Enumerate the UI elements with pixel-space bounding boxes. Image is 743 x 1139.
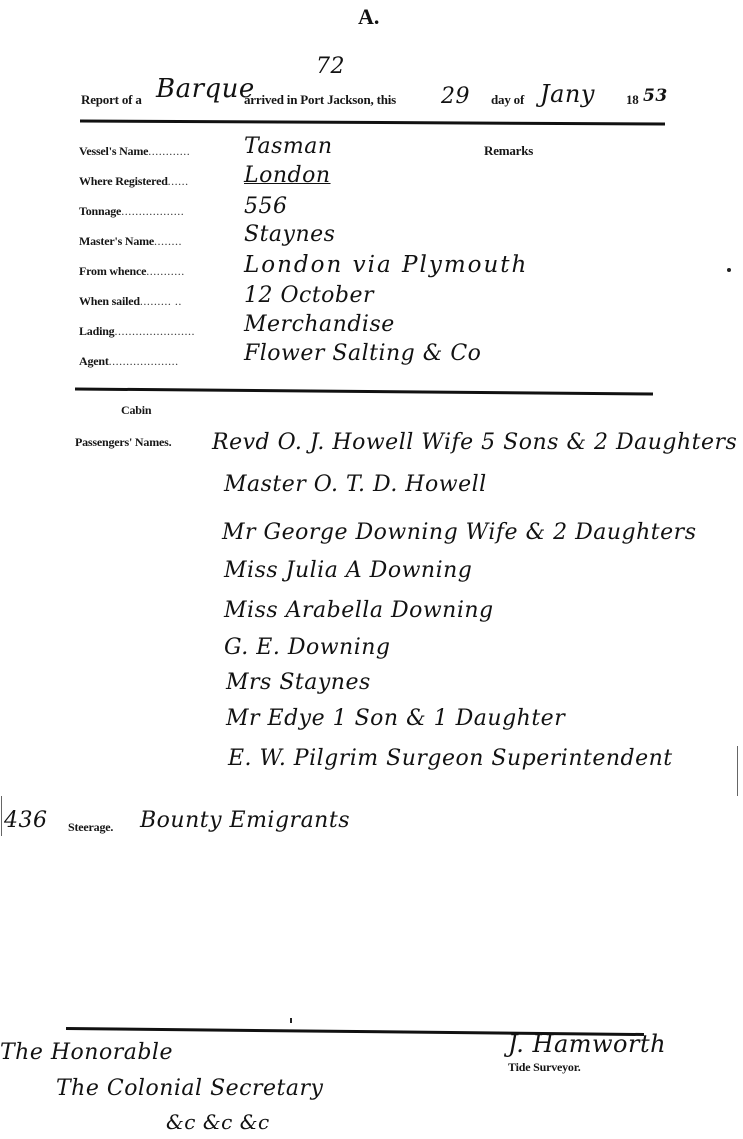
arrival-day: 29 bbox=[441, 84, 470, 109]
signature-title: Tide Surveyor. bbox=[508, 1060, 581, 1075]
arrival-month: Jany bbox=[540, 80, 595, 108]
cabin-passenger-8: Mr Edye 1 Son & 1 Daughter bbox=[226, 706, 565, 731]
field-label-masters-name: Master's Name........ bbox=[79, 234, 182, 249]
field-label-from-whence: From whence........... bbox=[79, 264, 185, 279]
report-prefix: Report of a bbox=[81, 92, 142, 107]
field-label-where-registered: Where Registered...... bbox=[79, 174, 189, 189]
cabin-passenger-7: Mrs Staynes bbox=[226, 670, 371, 695]
field-label-tonnage: Tonnage.................. bbox=[79, 204, 184, 219]
cabin-passenger-5: Miss Arabella Downing bbox=[224, 598, 494, 623]
report-middle: arrived in Port Jackson, this bbox=[244, 92, 396, 108]
cabin-passenger-2: Master O. T. D. Howell bbox=[224, 472, 487, 497]
field-label-agent: Agent.................... bbox=[79, 354, 179, 369]
field-label-vessel-name: Vessel's Name............ bbox=[79, 144, 190, 159]
field-value-vessel-name: Tasman bbox=[244, 134, 333, 159]
cabin-passenger-6: G. E. Downing bbox=[224, 635, 391, 660]
header-divider bbox=[80, 119, 665, 125]
addressee-line-2: The Colonial Secretary bbox=[56, 1076, 323, 1101]
margin-line bbox=[737, 746, 738, 796]
fields-divider bbox=[75, 387, 653, 395]
field-value-from-whence: London via Plymouth bbox=[244, 252, 528, 278]
ink-speck bbox=[727, 268, 731, 272]
cabin-passenger-9: E. W. Pilgrim Surgeon Superintendent bbox=[228, 746, 673, 771]
addressee-line-1: The Honorable bbox=[0, 1040, 173, 1065]
field-label-lading: Lading....................... bbox=[79, 324, 195, 339]
field-value-when-sailed: 12 October bbox=[244, 283, 374, 308]
field-value-lading: Merchandise bbox=[244, 312, 395, 337]
field-value-tonnage: 556 bbox=[244, 194, 288, 219]
year-written: 53 bbox=[643, 86, 668, 106]
steerage-label: Steerage. bbox=[68, 820, 113, 835]
left-margin-line bbox=[1, 796, 2, 836]
report-line: Report of a bbox=[81, 92, 142, 108]
field-value-where-registered: London bbox=[244, 163, 331, 188]
field-value-masters-name: Staynes bbox=[244, 222, 335, 247]
report-day-of: day of bbox=[491, 92, 524, 108]
year-printed: 18 bbox=[626, 92, 639, 108]
signature: J. Hamworth bbox=[508, 1030, 666, 1058]
cabin-label: Cabin bbox=[121, 403, 151, 418]
addressee-line-3: &c &c &c bbox=[166, 1110, 270, 1134]
field-label-when-sailed: When sailed......... .. bbox=[79, 294, 182, 309]
cabin-passenger-1: Revd O. J. Howell Wife 5 Sons & 2 Daught… bbox=[212, 430, 737, 455]
cabin-passenger-3: Mr George Downing Wife & 2 Daughters bbox=[222, 520, 696, 545]
steerage-count: 436 bbox=[4, 808, 48, 833]
passengers-label: Passengers' Names. bbox=[75, 435, 171, 450]
form-heading: A. bbox=[358, 4, 379, 30]
remarks-label: Remarks bbox=[484, 143, 533, 159]
ink-mark bbox=[290, 1018, 292, 1023]
cabin-passenger-4: Miss Julia A Downing bbox=[224, 558, 472, 583]
folio-number: 72 bbox=[316, 54, 345, 79]
vessel-type: Barque bbox=[156, 74, 255, 104]
field-value-agent: Flower Salting & Co bbox=[244, 341, 481, 366]
steerage-value: Bounty Emigrants bbox=[140, 808, 350, 833]
